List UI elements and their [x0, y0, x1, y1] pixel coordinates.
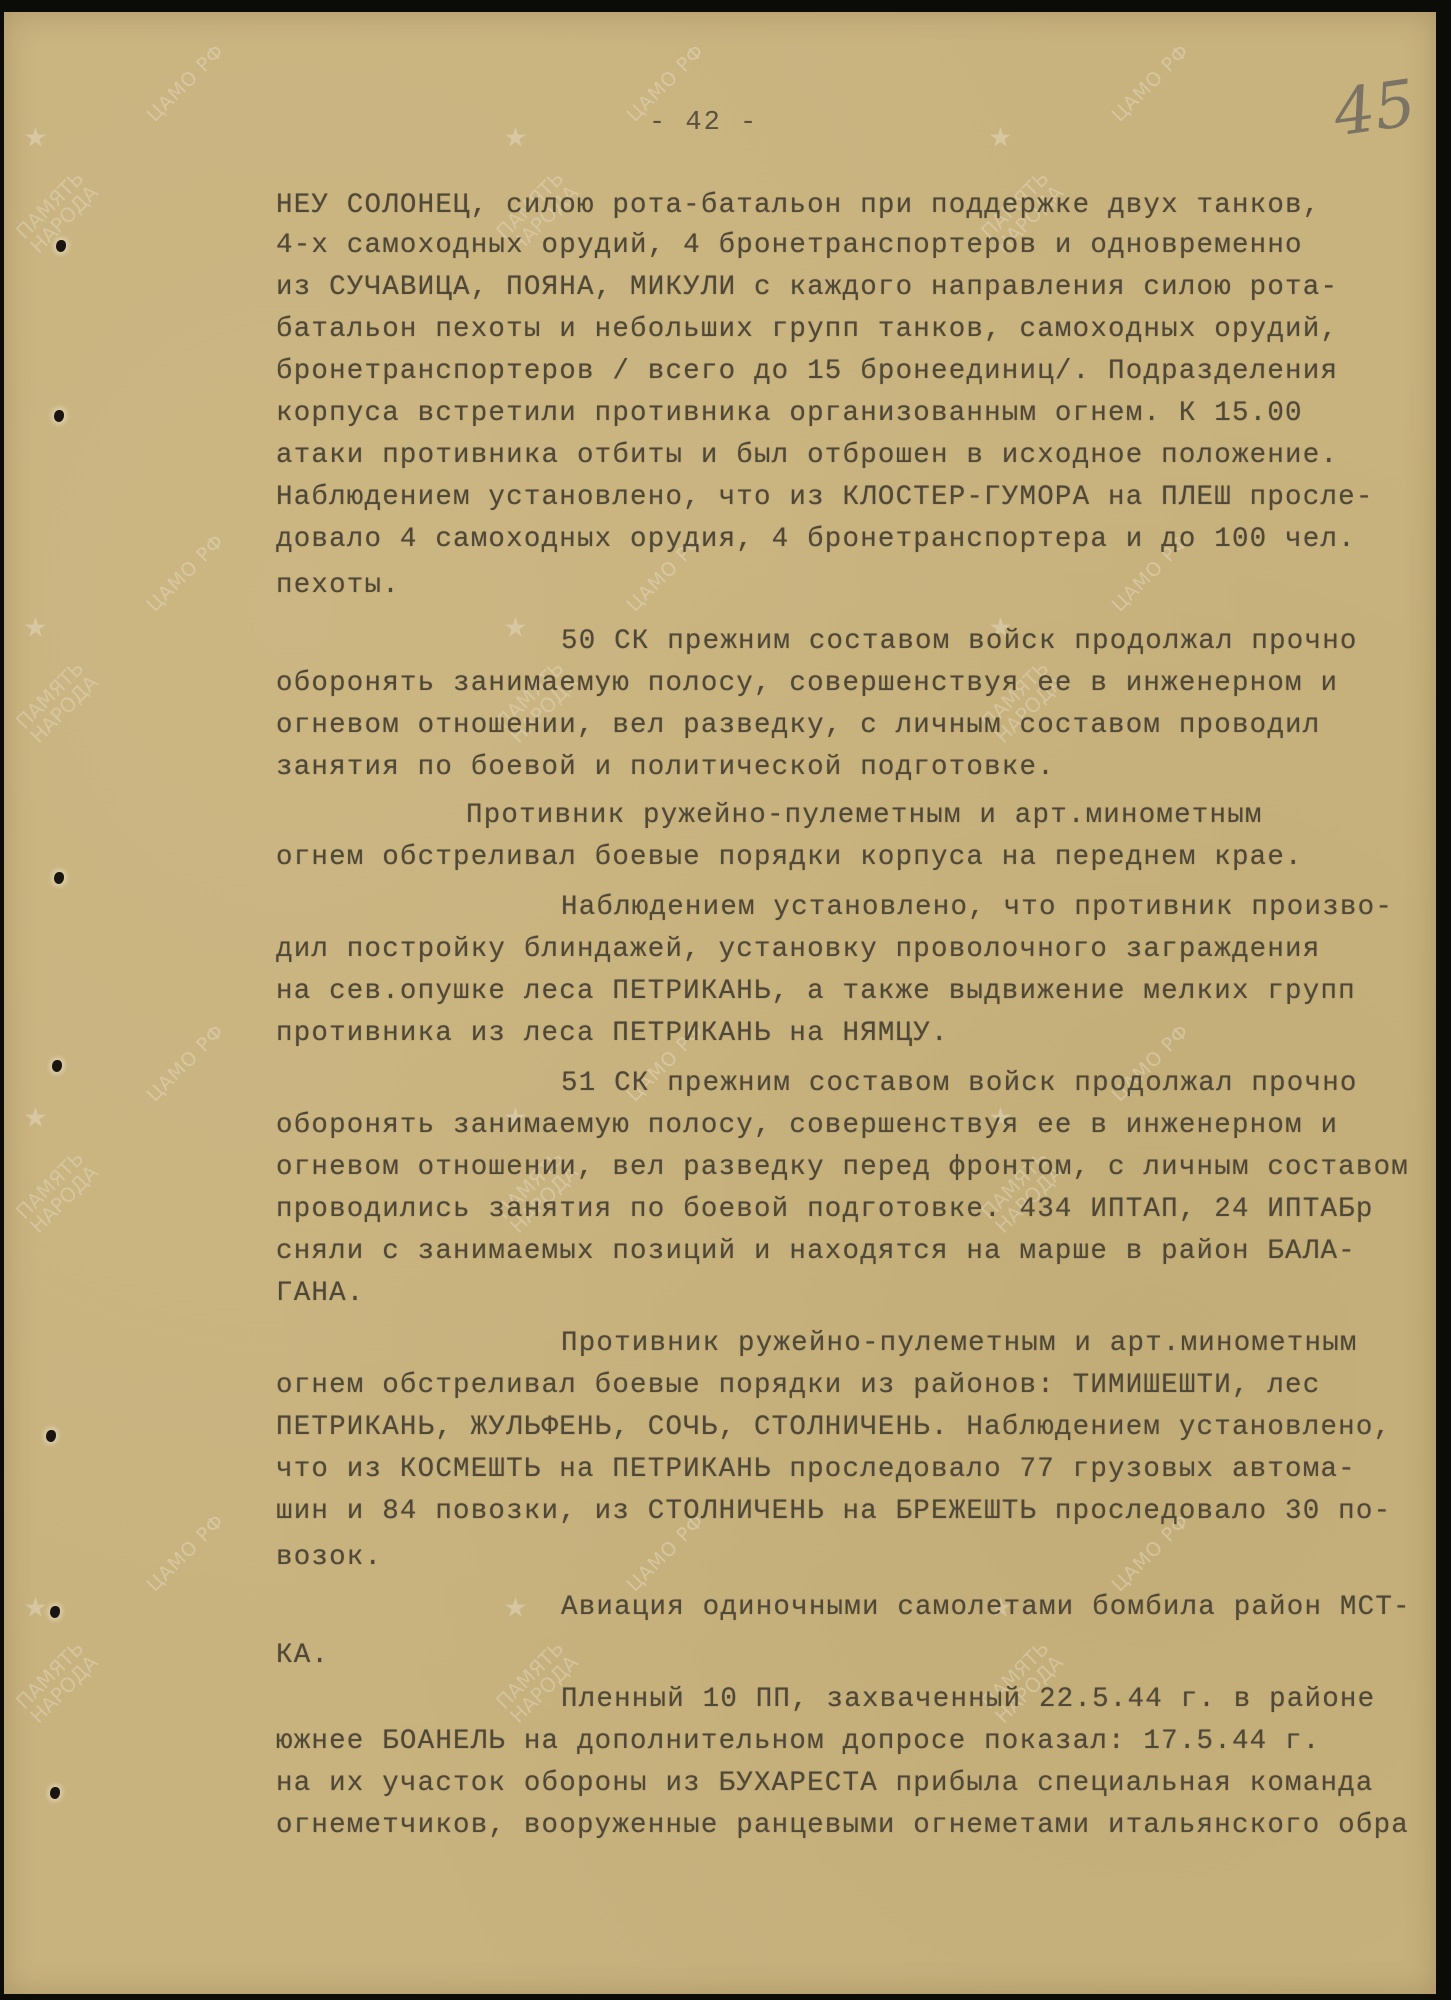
typed-line: Наблюдением установлено, что противник п… [561, 892, 1393, 923]
star-watermark-icon: ★ [24, 112, 47, 159]
star-watermark-icon: ★ [504, 112, 527, 159]
typed-line: что из КОСМЕШТЬ на ПЕТРИКАНЬ проследовал… [276, 1454, 1356, 1485]
typed-line: занятия по боевой и политической подгото… [276, 752, 1055, 783]
project-watermark: ПАМЯТЬНАРОДА [12, 1638, 101, 1727]
typed-line: огнем обстреливал боевые порядки из райо… [276, 1370, 1320, 1401]
typed-line: огнем обстреливал боевые порядки корпуса… [276, 842, 1303, 873]
typed-line: огневом отношении, вел разведку, с личны… [276, 710, 1320, 741]
typed-line: на их участок обороны из БУХАРЕСТА прибы… [276, 1768, 1374, 1799]
project-watermark: ПАМЯТЬНАРОДА [12, 658, 101, 747]
document-page: - 42 - 45 ЦАМО РФ★ПАМЯТЬНАРОДАЦАМО РФ★ПА… [4, 12, 1436, 1994]
archive-watermark: ЦАМО РФ [1109, 41, 1193, 125]
typed-line: сняли с занимаемых позиций и находятся н… [276, 1236, 1356, 1267]
typed-line: Авиация одиночными самолетами бомбила ра… [561, 1592, 1411, 1623]
typed-line: дил постройку блиндажей, установку прово… [276, 934, 1320, 965]
archive-watermark: ЦАМО РФ [144, 1511, 228, 1595]
typed-line: оборонять занимаемую полосу, совершенств… [276, 668, 1338, 699]
typed-line: огнеметчиков, вооруженные ранцевыми огне… [276, 1810, 1409, 1841]
typed-line: пехоты. [276, 570, 400, 601]
punch-hole [54, 872, 64, 884]
punch-hole [56, 240, 66, 252]
typed-line: Наблюдением установлено, что из КЛОСТЕР-… [276, 482, 1374, 513]
typed-line: из СУЧАВИЦА, ПОЯНА, МИКУЛИ с каждого нап… [276, 272, 1338, 303]
typed-line: корпуса встретили противника организован… [276, 398, 1303, 429]
archive-watermark: ЦАМО РФ [144, 531, 228, 615]
typed-line: оборонять занимаемую полосу, совершенств… [276, 1110, 1338, 1141]
punch-hole [54, 410, 64, 422]
star-watermark-icon: ★ [24, 602, 47, 649]
project-watermark: ПАМЯТЬНАРОДА [12, 1148, 101, 1237]
star-watermark-icon: ★ [24, 1092, 47, 1139]
typed-line: Пленный 10 ПП, захваченный 22.5.44 г. в … [561, 1684, 1375, 1715]
typed-line: ГАНА. [276, 1278, 365, 1309]
archive-watermark: ЦАМО РФ [144, 41, 228, 125]
typed-line: батальон пехоты и небольших групп танков… [276, 314, 1338, 345]
typed-line: Противник ружейно-пулеметным и арт.мином… [466, 800, 1263, 831]
typed-line: бронетранспортеров / всего до 15 бронеед… [276, 356, 1338, 387]
typed-line: 51 СК прежним составом войск продолжал п… [561, 1068, 1358, 1099]
star-watermark-icon: ★ [24, 1582, 47, 1629]
typed-line: атаки противника отбиты и был отброшен в… [276, 440, 1338, 471]
typed-line: возок. [276, 1542, 382, 1573]
punch-hole [52, 1060, 62, 1072]
star-watermark-icon: ★ [504, 602, 527, 649]
punch-hole [46, 1430, 56, 1442]
typed-line: противника из леса ПЕТРИКАНЬ на НЯМЦУ. [276, 1018, 949, 1049]
typed-line: на сев.опушке леса ПЕТРИКАНЬ, а также вы… [276, 976, 1356, 1007]
punch-hole [50, 1787, 60, 1799]
typed-line: проводились занятия по боевой подготовке… [276, 1194, 1374, 1225]
typed-line: южнее БОАНЕЛЬ на дополнительном допросе … [276, 1726, 1320, 1757]
typed-line: огневом отношении, вел разведку перед фр… [276, 1152, 1409, 1183]
handwritten-folio-number: 45 [1329, 67, 1420, 152]
typed-line: 4-х самоходных орудий, 4 бронетранспорте… [276, 230, 1303, 261]
star-watermark-icon: ★ [989, 112, 1012, 159]
punch-hole [50, 1606, 60, 1618]
typed-line: Противник ружейно-пулеметным и арт.мином… [561, 1328, 1358, 1359]
typed-line: 50 СК прежним составом войск продолжал п… [561, 626, 1358, 657]
archive-watermark: ЦАМО РФ [144, 1021, 228, 1105]
typed-line: шин и 84 повозки, из СТОЛНИЧЕНЬ на БРЕЖЕ… [276, 1496, 1391, 1527]
typed-line: ПЕТРИКАНЬ, ЖУЛЬФЕНЬ, СОЧЬ, СТОЛНИЧЕНЬ. Н… [276, 1412, 1391, 1443]
typed-line: КА. [276, 1640, 329, 1671]
typed-line: довало 4 самоходных орудия, 4 бронетранс… [276, 524, 1356, 555]
typed-line: НЕУ СОЛОНЕЦ, силою рота-батальон при под… [276, 190, 1320, 221]
page-number: - 42 - [649, 108, 758, 138]
star-watermark-icon: ★ [504, 1582, 527, 1629]
